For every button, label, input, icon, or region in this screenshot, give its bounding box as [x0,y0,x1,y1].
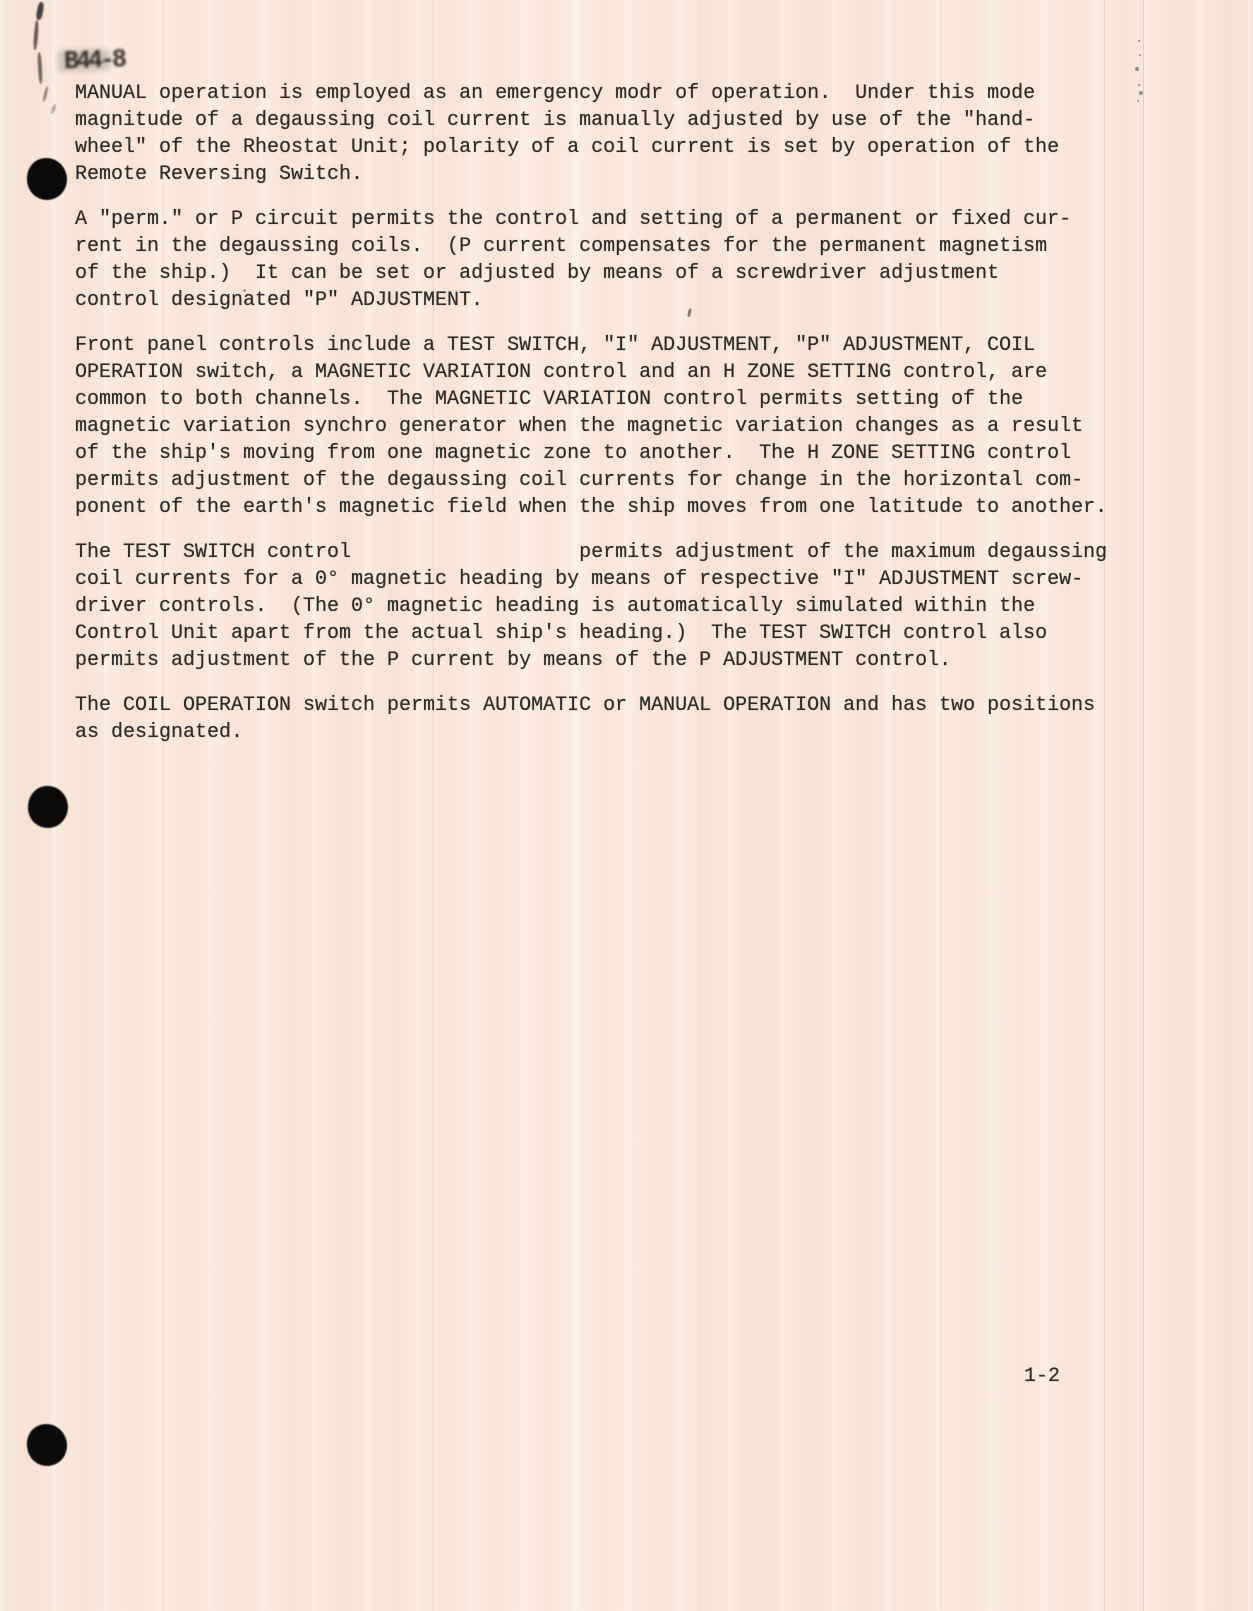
hole-punch-mark [25,1422,69,1468]
paragraph-front-panel-controls: Front panel controls include a TEST SWIT… [75,332,1215,521]
smudged-stamp: B44-8 [63,44,124,77]
scanned-document-page: B44-8 MANUAL operation is employed as an… [0,0,1253,1611]
hole-punch-mark [25,783,70,830]
ink-scribble-mark [42,86,49,102]
paragraph-coil-operation: The COIL OPERATION switch permits AUTOMA… [75,692,1215,746]
paragraph-perm-circuit: A "perm." or P circuit permits the contr… [75,206,1215,314]
ink-specks [1138,40,1140,42]
ink-scribble-mark [33,20,39,50]
hole-punch-mark [27,158,67,200]
ink-scribble-mark [35,2,44,21]
paragraph-manual-operation: MANUAL operation is employed as an emerg… [75,80,1215,188]
paragraph-test-switch: The TEST SWITCH control permits adjustme… [75,539,1215,674]
page-number: 1-2 [1024,1365,1060,1388]
ink-scribble-mark [37,52,43,84]
body-text: MANUAL operation is employed as an emerg… [75,80,1215,764]
ink-scribble-mark [50,104,56,114]
